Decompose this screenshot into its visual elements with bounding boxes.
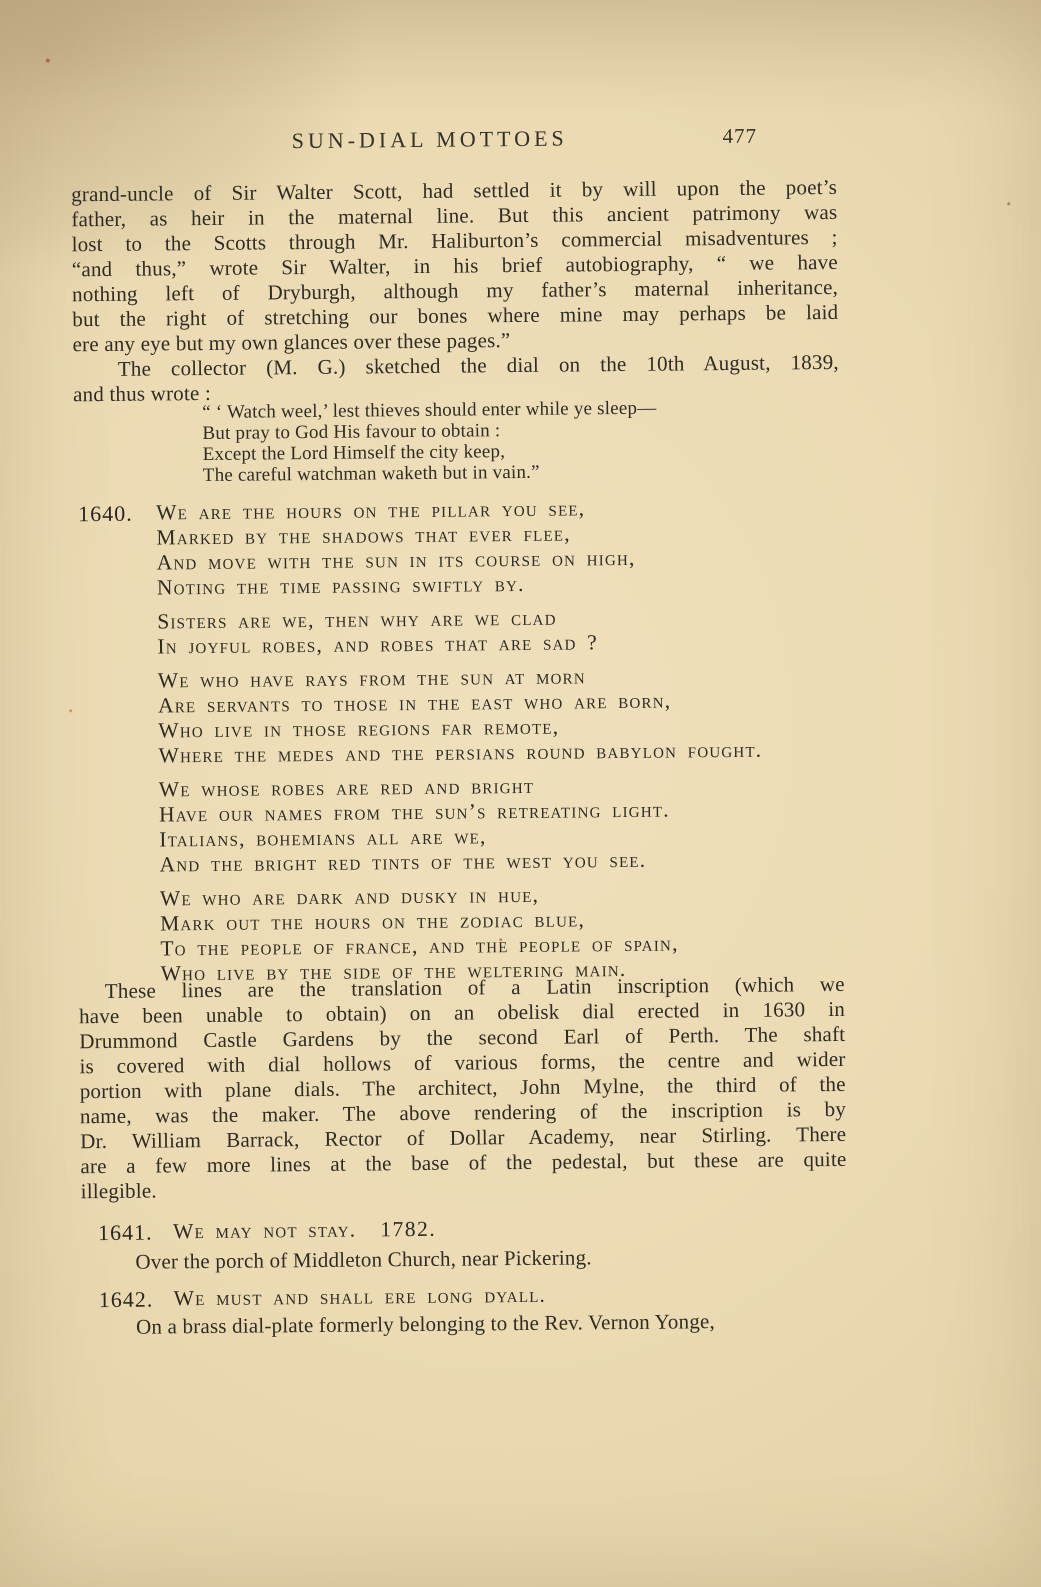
stanza: We are the hours on the pillar you see, … <box>156 494 841 601</box>
running-header: SUN-DIAL MOTTOES 477 <box>0 121 1036 161</box>
motto-entry-1642: 1642. We must and shall ere long dyall. … <box>82 1280 848 1340</box>
intro-paragraph: grand-uncle of Sir Walter Scott, had set… <box>71 175 839 407</box>
motto-entry-1640: 1640. We are the hours on the pillar you… <box>74 494 845 996</box>
stanza: We who are dark and dusky in hue, Mark o… <box>160 880 845 987</box>
quoted-verse: “ ‘ Watch weel,’ lest thieves should ent… <box>202 396 823 486</box>
verse-line: In joyful robes, and robes that are sad … <box>157 628 841 660</box>
entry-number: 1640. <box>78 501 133 527</box>
motto-location: On a brass dial-plate formerly belonging… <box>82 1308 848 1340</box>
entry-number: 1641. <box>98 1220 153 1246</box>
paper-speck <box>1007 202 1010 205</box>
verse-line: Noting the time passing swiftly by. <box>157 569 841 601</box>
paper-speck <box>69 709 72 712</box>
stanza: Sisters are we, then why are we clad In … <box>157 603 841 660</box>
motto-date: 1782. <box>380 1217 436 1242</box>
motto-verse: We are the hours on the pillar you see, … <box>156 494 845 987</box>
motto-entry-1641: 1641. We may not stay. 1782. Over the po… <box>81 1213 847 1275</box>
stanza: We who have rays from the sun at morn Ar… <box>158 662 843 769</box>
scanned-book-page: SUN-DIAL MOTTOES 477 grand-uncle of Sir … <box>0 0 1041 1587</box>
page-content: SUN-DIAL MOTTOES 477 grand-uncle of Sir … <box>0 0 1041 1587</box>
motto-line: 1641. We may not stay. 1782. <box>81 1213 847 1245</box>
running-title: SUN-DIAL MOTTOES <box>292 126 568 155</box>
entry-number: 1642. <box>99 1287 154 1313</box>
commentary-paragraph: These lines are the translation of a Lat… <box>79 972 847 1204</box>
verse-line: And the bright red tints of the west you… <box>159 846 843 878</box>
verse-line: Where the medes and the persians round b… <box>158 737 842 769</box>
motto-line: 1642. We must and shall ere long dyall. <box>82 1280 848 1312</box>
paper-speck <box>46 58 50 62</box>
motto-location: Over the porch of Middleton Church, near… <box>81 1243 847 1275</box>
stanza: We whose robes are red and bright Have o… <box>159 771 844 878</box>
page-number: 477 <box>722 124 757 149</box>
paper-speck <box>499 938 502 941</box>
